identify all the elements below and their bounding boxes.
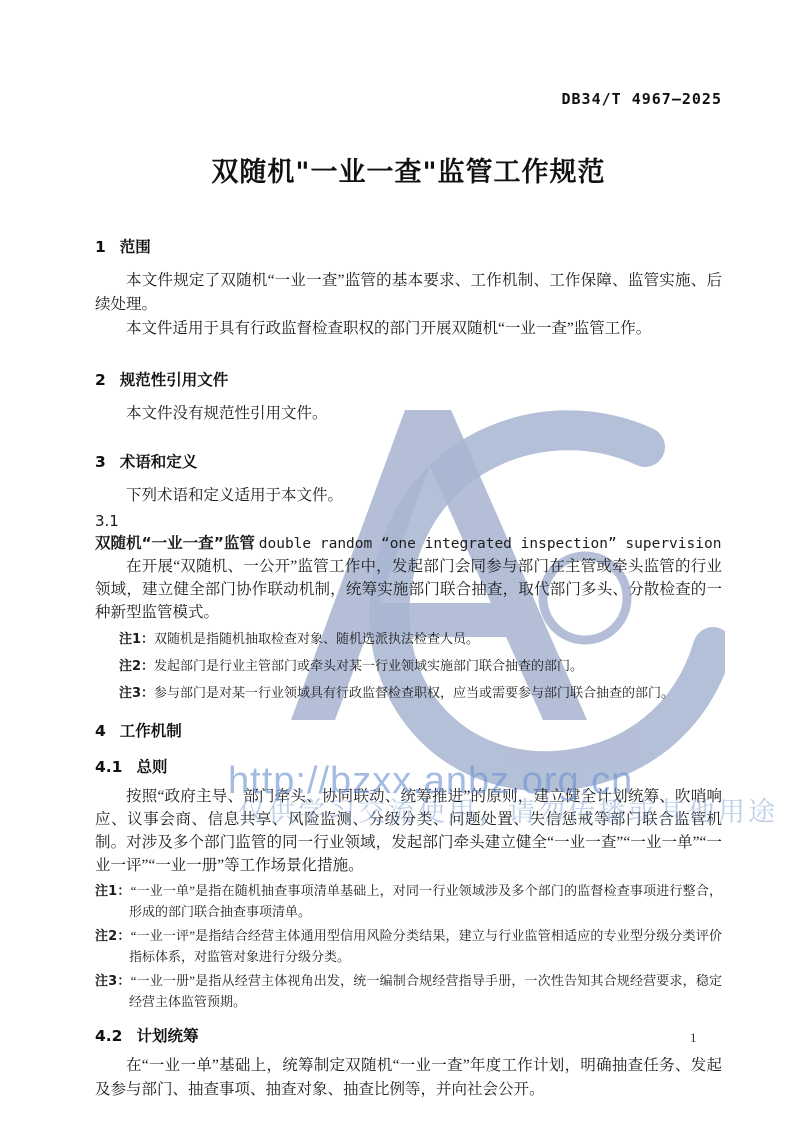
page-number: 1	[690, 1030, 697, 1046]
section-4-number: 4	[95, 722, 106, 740]
section-4-1-notes: 注1：“一业一单”是指在随机抽查事项清单基础上，对同一行业领域涉及多个部门的监督…	[95, 881, 722, 1012]
note: 注1：“一业一单”是指在随机抽查事项清单基础上，对同一行业领域涉及多个部门的监督…	[95, 881, 722, 922]
section-4-2-title: 计划统筹	[136, 1027, 198, 1045]
section-4-1-paragraph: 按照“政府主导、部门牵头、协同联动、统筹推进”的原则，建立健全计划统筹、吹哨响应…	[95, 785, 722, 877]
note-text: 发起部门是行业主管部门或牵头对某一行业领域实施部门联合抽查的部门。	[154, 658, 583, 673]
note: 注2：发起部门是行业主管部门或牵头对某一行业领域实施部门联合抽查的部门。	[119, 654, 722, 678]
section-4-1-heading: 4.1总则	[95, 755, 722, 777]
section-4-2-heading: 4.2计划统筹	[95, 1024, 722, 1046]
note: 注3：“一业一册”是指从经营主体视角出发，统一编制合规经营指导手册，一次性告知其…	[95, 971, 722, 1012]
section-2-title: 规范性引用文件	[120, 371, 229, 389]
document-content: DB34/T 4967—2025 双随机"一业一查"监管工作规范 1范围 本文件…	[0, 0, 794, 1102]
note-text: 参与部门是对某一行业领域具有行政监督检查职权，应当或需要参与部门联合抽查的部门。	[154, 685, 674, 700]
section-4-title: 工作机制	[120, 722, 182, 740]
section-3-title: 术语和定义	[120, 453, 198, 471]
standard-code: DB34/T 4967—2025	[95, 0, 722, 108]
note: 注2：“一业一评”是指结合经营主体通用型信用风险分类结果，建立与行业监管相适应的…	[95, 926, 722, 967]
note-text: “一业一单”是指在随机抽查事项清单基础上，对同一行业领域涉及多个部门的监督检查事…	[129, 883, 722, 919]
section-1-number: 1	[95, 238, 106, 256]
term-chinese: 双随机“一业一查”监管	[95, 534, 255, 552]
section-1-heading: 1范围	[95, 235, 722, 257]
section-1-paragraph-2: 本文件适用于具有行政监督检查职权的部门开展双随机“一业一查”监管工作。	[95, 317, 722, 340]
note-label: 注3：	[119, 686, 154, 701]
note-text: 双随机是指随机抽取检查对象、随机选派执法检查人员。	[154, 631, 479, 646]
section-2-number: 2	[95, 371, 106, 389]
note-label: 注1：	[95, 884, 131, 899]
section-1-paragraph-1: 本文件规定了双随机“一业一查”监管的基本要求、工作机制、工作保障、监管实施、后续…	[95, 269, 722, 317]
note-label: 注2：	[119, 659, 154, 674]
section-3-heading: 3术语和定义	[95, 450, 722, 472]
note: 注3：参与部门是对某一行业领域具有行政监督检查职权，应当或需要参与部门联合抽查的…	[119, 681, 722, 705]
note: 注1：双随机是指随机抽取检查对象、随机选派执法检查人员。	[119, 627, 722, 651]
section-4-2-paragraph: 在“一业一单”基础上，统筹制定双随机“一业一查”年度工作计划，明确抽查任务、发起…	[95, 1054, 722, 1102]
section-3-intro: 下列术语和定义适用于本文件。	[95, 484, 722, 508]
section-4-1-number: 4.1	[95, 758, 122, 776]
document-title: 双随机"一业一查"监管工作规范	[95, 150, 722, 189]
term-english: double random “one integrated inspection…	[259, 536, 722, 552]
document-page: http://bzxx.anbz.org.cn 仅供学习交流使用，请勿传播或其他…	[0, 0, 794, 1122]
section-2-paragraph-1: 本文件没有规范性引用文件。	[95, 402, 722, 426]
term-entry-number: 3.1	[95, 510, 722, 532]
section-3-number: 3	[95, 453, 106, 471]
note-text: “一业一评”是指结合经营主体通用型信用风险分类结果，建立与行业监管相适应的专业型…	[129, 928, 722, 964]
term-line: 双随机“一业一查”监管 double random “one integrate…	[95, 532, 722, 555]
note-label: 注1：	[119, 632, 154, 647]
section-3-notes: 注1：双随机是指随机抽取检查对象、随机选派执法检查人员。 注2：发起部门是行业主…	[95, 627, 722, 705]
note-text: “一业一册”是指从经营主体视角出发，统一编制合规经营指导手册，一次性告知其合规经…	[129, 973, 722, 1009]
note-label: 注3：	[95, 974, 131, 989]
section-4-heading: 4工作机制	[95, 719, 722, 741]
section-4-1-title: 总则	[136, 758, 167, 776]
section-2-heading: 2规范性引用文件	[95, 368, 722, 390]
term-definition: 在开展“双随机、一公开”监管工作中，发起部门会同参与部门在主管或牵头监管的行业领…	[95, 555, 722, 624]
note-label: 注2：	[95, 929, 131, 944]
section-4-2-number: 4.2	[95, 1027, 122, 1045]
section-1-title: 范围	[120, 238, 151, 256]
